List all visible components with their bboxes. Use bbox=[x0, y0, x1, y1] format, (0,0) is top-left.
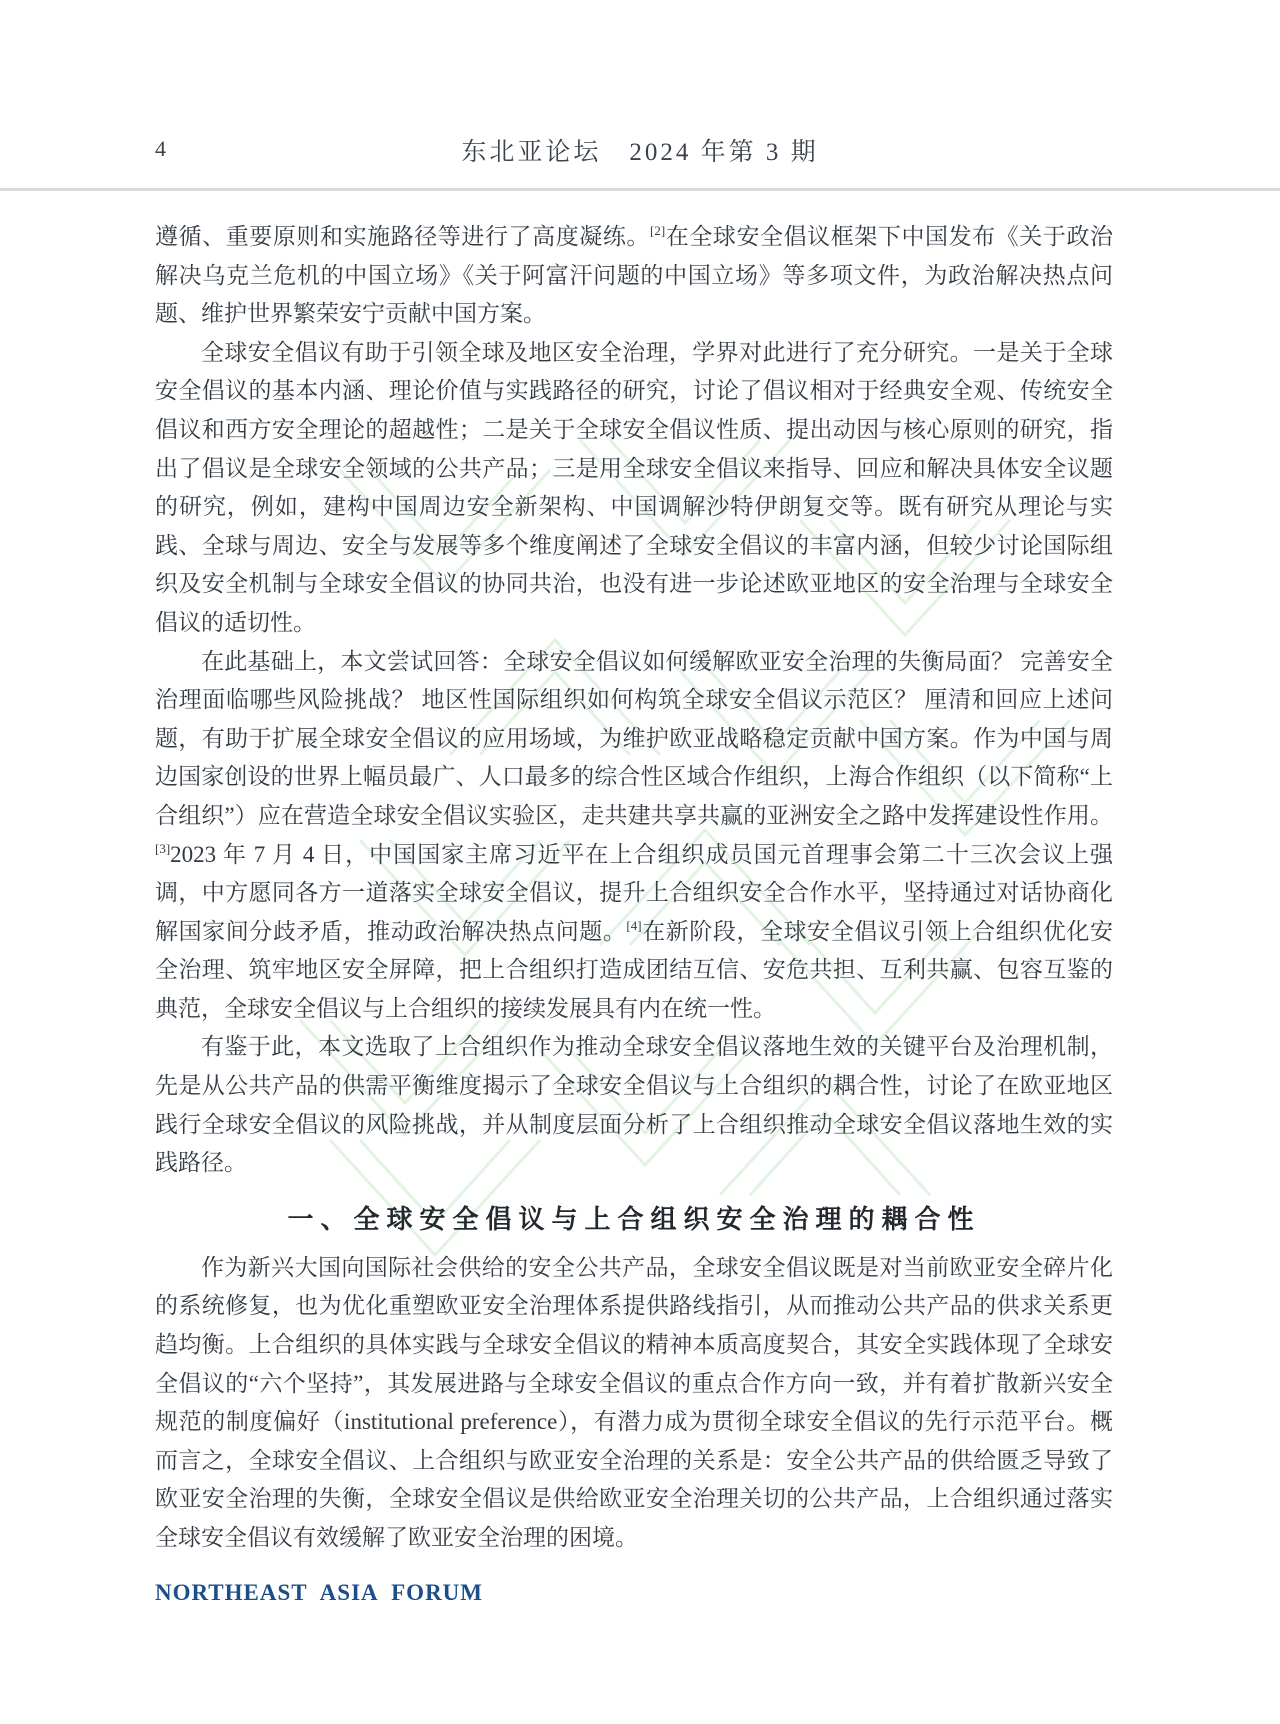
article-body: 遵循、重要原则和实施路径等进行了高度凝练。[2]在全球安全倡议框架下中国发布《关… bbox=[155, 218, 1113, 1558]
body-paragraph: 在此基础上，本文尝试回答：全球安全倡议如何缓解欧亚安全治理的失衡局面？ 完善安全… bbox=[155, 643, 1113, 1029]
footnote-ref: [3] bbox=[155, 841, 170, 856]
body-paragraph: 有鉴于此，本文选取了上合组织作为推动全球安全倡议落地生效的关键平台及治理机制，先… bbox=[155, 1028, 1113, 1182]
footnote-ref: [4] bbox=[626, 918, 641, 933]
footnote-ref: [2] bbox=[650, 223, 665, 238]
journal-footer-logo: NORTHEAST ASIA FORUM bbox=[155, 1580, 483, 1606]
body-paragraph: 全球安全倡议有助于引领全球及地区安全治理，学界对此进行了充分研究。一是关于全球安… bbox=[155, 334, 1113, 643]
header-divider bbox=[0, 188, 1280, 191]
body-paragraph: 遵循、重要原则和实施路径等进行了高度凝练。[2]在全球安全倡议框架下中国发布《关… bbox=[155, 218, 1113, 334]
document-page: 4 东北亚论坛 2024 年第 3 期 遵循、重要原则和实施路径等进行了高度凝练… bbox=[0, 0, 1280, 1724]
body-paragraph: 作为新兴大国向国际社会供给的安全公共产品，全球安全倡议既是对当前欧亚安全碎片化的… bbox=[155, 1249, 1113, 1558]
journal-header-title: 东北亚论坛 2024 年第 3 期 bbox=[0, 132, 1280, 168]
section-heading: 一、全球安全倡议与上合组织安全治理的耦合性 bbox=[155, 1199, 1113, 1236]
